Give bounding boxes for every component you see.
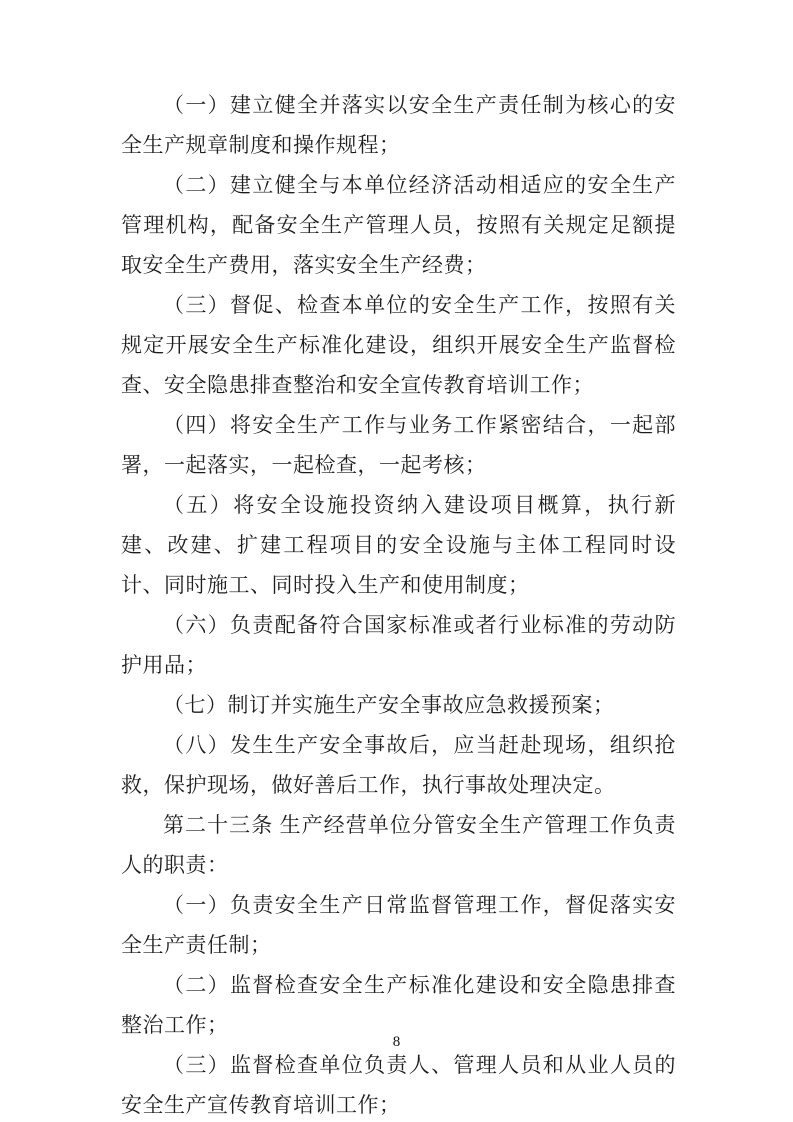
paragraph-item-5: （五）将安全设施投资纳入建设项目概算，执行新建、改建、扩建工程项目的安全设施与主… (121, 485, 676, 605)
paragraph-item-6: （六）负责配备符合国家标准或者行业标准的劳动防护用品； (121, 605, 676, 685)
article-23-heading: 第二十三条 生产经营单位分管安全生产管理工作负责人的职责： (121, 805, 676, 885)
paragraph-item-4: （四）将安全生产工作与业务工作紧密结合，一起部署，一起落实，一起检查，一起考核； (121, 405, 676, 485)
page-footer: 8 (0, 1032, 793, 1052)
paragraph-item-8: （八）发生生产安全事故后，应当赶赴现场，组织抢救，保护现场，做好善后工作，执行事… (121, 725, 676, 805)
paragraph-item-3: （三）督促、检查本单位的安全生产工作，按照有关规定开展安全生产标准化建设，组织开… (121, 285, 676, 405)
paragraph-item-2: （二）建立健全与本单位经济活动相适应的安全生产管理机构，配备安全生产管理人员，按… (121, 165, 676, 285)
paragraph-item-9: （一）负责安全生产日常监督管理工作，督促落实安全生产责任制； (121, 885, 676, 965)
page-number: 8 (393, 1034, 401, 1050)
document-body: （一）建立健全并落实以安全生产责任制为核心的安全生产规章制度和操作规程； （二）… (121, 85, 676, 1122)
paragraph-item-11: （三）监督检查单位负责人、管理人员和从业人员的安全生产宣传教育培训工作； (121, 1045, 676, 1122)
paragraph-item-7: （七）制订并实施生产安全事故应急救援预案； (121, 685, 676, 725)
paragraph-item-1: （一）建立健全并落实以安全生产责任制为核心的安全生产规章制度和操作规程； (121, 85, 676, 165)
document-page: （一）建立健全并落实以安全生产责任制为核心的安全生产规章制度和操作规程； （二）… (0, 0, 793, 1122)
